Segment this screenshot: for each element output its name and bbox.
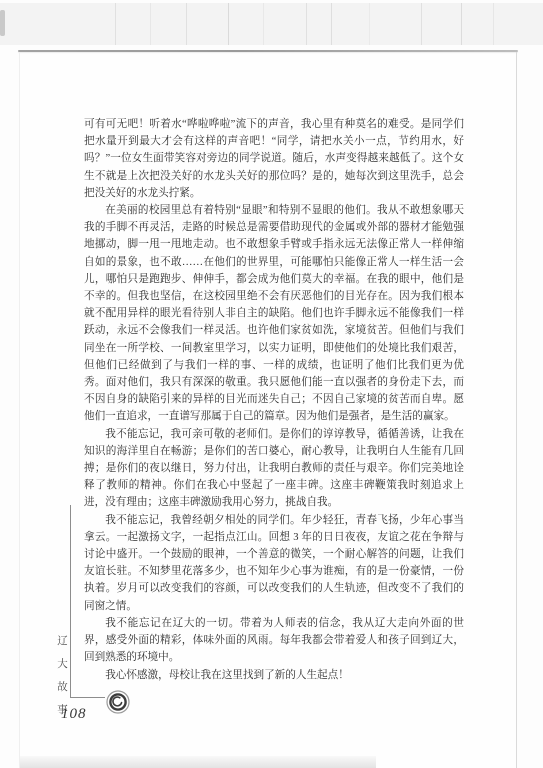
chapter-title-char: 大 (57, 656, 68, 671)
paragraph: 我不能忘记在辽大的一切。带着为人师表的信念，我从辽大走向外面的世界，感受外面的精… (84, 615, 464, 667)
chapter-title-vertical: 辽 大 故 事 (56, 633, 69, 717)
chapter-end-clock-icon (103, 687, 133, 717)
sidebar-vertical-rule (70, 505, 71, 698)
binding-mark (0, 10, 5, 36)
page-edge-line (115, 3, 116, 45)
page-edge-line (306, 3, 307, 45)
chapter-title-char: 辽 (57, 633, 68, 648)
body-text: 可有可无吧！听着水“哗啦哗啦”流下的声音，我心里有种莫名的难受。是同学们把水量开… (84, 116, 464, 684)
page-number: 108 (61, 706, 87, 723)
page-edge-line (493, 3, 494, 45)
page-top-edge (18, 50, 518, 52)
page-right-edge (516, 52, 517, 768)
paragraph: 我不能忘记，我曾经朝夕相处的同学们。年少轻狂，青春飞扬，少年心事当拿云。一起激扬… (84, 512, 464, 615)
page-bottom-shadow (20, 756, 376, 768)
sidebar-horizontal-rule (70, 697, 105, 698)
page-edge-line (331, 3, 332, 45)
paragraph: 我心怀感激，母校让我在这里找到了新的人生起点！ (84, 667, 464, 684)
page-edge-line (150, 3, 151, 45)
paragraph: 可有可无吧！听着水“哗啦哗啦”流下的声音，我心里有种莫名的难受。是同学们把水量开… (84, 116, 464, 202)
page-edge-line (228, 3, 229, 45)
page-edge-line (461, 3, 462, 45)
page-edge-line (186, 3, 187, 45)
chapter-title-char: 故 (57, 679, 68, 694)
stacked-page-edges (0, 3, 543, 45)
page-edge-line (421, 3, 422, 45)
scanned-book-page: 可有可无吧！听着水“哗啦哗啦”流下的声音，我心里有种莫名的难受。是同学们把水量开… (0, 0, 543, 768)
page-edge-line (263, 3, 264, 45)
paragraph: 我不能忘记，我可亲可敬的老师们。是你们的谆谆教导，循循善诱，让我在知识的海洋里自… (84, 426, 464, 512)
page-edge-line (369, 3, 370, 45)
page-left-edge (19, 52, 20, 768)
paragraph: 在美丽的校园里总有着特别“显眼”和特别不显眼的他们。我从不敢想象哪天我的手脚不再… (84, 202, 464, 426)
